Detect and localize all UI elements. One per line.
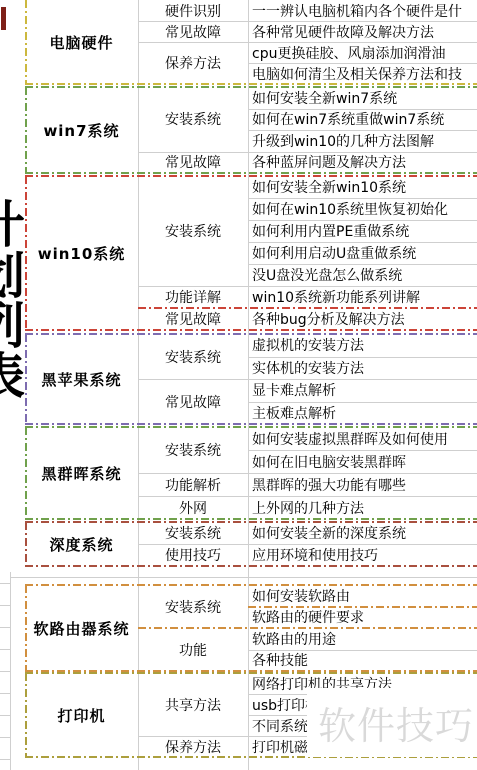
detail-cell[interactable]: 主板难点解析 bbox=[252, 402, 477, 425]
detail-cell[interactable]: 一一辨认电脑机箱内各个硬件是什 bbox=[252, 0, 477, 21]
detail-cell[interactable]: 应用环境和使用技巧 bbox=[252, 544, 477, 566]
category-cell[interactable]: 黑群晖系统 bbox=[25, 427, 138, 519]
category-cell[interactable]: 深度系统 bbox=[25, 522, 138, 566]
detail-cell[interactable]: 如何在win10系统里恢复初始化 bbox=[252, 198, 477, 220]
subcategory-cell[interactable]: 共享方法 bbox=[138, 673, 248, 736]
subcategory-cell[interactable]: 安装系统 bbox=[138, 176, 248, 286]
detail-cell[interactable]: 如何安装全新的深度系统 bbox=[252, 522, 477, 544]
category-cell[interactable]: 打印机 bbox=[25, 673, 138, 757]
subcategory-cell[interactable]: 常见故障 bbox=[138, 379, 248, 424]
detail-cell[interactable]: 显卡难点解析 bbox=[252, 379, 477, 402]
subcategory-cell[interactable]: 常见故障 bbox=[138, 21, 248, 42]
left-row-gridline bbox=[0, 693, 10, 694]
category-cell[interactable]: win7系统 bbox=[25, 87, 138, 173]
subcategory-cell[interactable]: 常见故障 bbox=[138, 152, 248, 174]
detail-cell[interactable]: 上外网的几种方法 bbox=[252, 496, 477, 519]
cutoff-red-character-fragment bbox=[1, 7, 6, 30]
detail-cell[interactable]: 各种bug分析及解决方法 bbox=[252, 308, 477, 330]
table-section: 深度系统如何安装全新的深度系统安装系统应用环境和使用技巧使用技巧 bbox=[25, 522, 477, 566]
detail-cell[interactable]: 如何利用内置PE重做系统 bbox=[252, 220, 477, 242]
subcategory-cell[interactable]: 功能 bbox=[138, 628, 248, 671]
detail-cell[interactable]: 如何在win7系统重做win7系统 bbox=[252, 109, 477, 131]
subcategory-cell[interactable]: 安装系统 bbox=[138, 427, 248, 473]
detail-cell[interactable]: cpu更换硅胶、风扇添加润滑油 bbox=[252, 42, 477, 63]
detail-cell[interactable]: 各种常见硬件故障及解决方法 bbox=[252, 21, 477, 42]
watermark: 软件技巧 bbox=[307, 688, 477, 757]
table-section: 软路由器系统如何安装软路由软路由的硬件要求安装系统软路由的用途各种技能功能 bbox=[25, 585, 477, 671]
detail-cell[interactable]: 软路由的用途 bbox=[252, 628, 477, 650]
left-row-gridline bbox=[0, 737, 10, 738]
subcategory-cell[interactable]: 保养方法 bbox=[138, 42, 248, 84]
table-section: win10系统如何安装全新win10系统如何在win10系统里恢复初始化如何利用… bbox=[25, 176, 477, 330]
left-row-gridline bbox=[0, 759, 10, 760]
subcategory-cell[interactable]: 安装系统 bbox=[138, 87, 248, 152]
subcategory-cell[interactable]: 功能解析 bbox=[138, 473, 248, 496]
left-row-gridline bbox=[0, 605, 10, 606]
detail-cell[interactable]: 实体机的安装方法 bbox=[252, 357, 477, 380]
detail-cell[interactable]: 如何安装全新win10系统 bbox=[252, 176, 477, 198]
detail-cell[interactable]: 升级到win10的几种方法图解 bbox=[252, 130, 477, 152]
subcategory-cell[interactable]: 外网 bbox=[138, 496, 248, 519]
left-row-gridline bbox=[0, 715, 10, 716]
watermark-text: 软件技巧 bbox=[307, 695, 474, 750]
detail-cell[interactable]: 各种蓝屏问题及解决方法 bbox=[252, 152, 477, 174]
category-cell[interactable]: 电脑硬件 bbox=[25, 0, 138, 84]
detail-cell[interactable]: 黑群晖的强大功能有哪些 bbox=[252, 473, 477, 496]
detail-cell[interactable]: 如何安装虚拟黑群晖及如何使用 bbox=[252, 427, 477, 450]
left-row-gridline bbox=[0, 671, 10, 672]
left-row-gridline bbox=[0, 627, 10, 628]
subcategory-cell[interactable]: 安装系统 bbox=[138, 334, 248, 379]
table-section: 黑群晖系统如何安装虚拟黑群晖及如何使用如何在旧电脑安装黑群晖安装系统黑群晖的强大… bbox=[25, 427, 477, 519]
detail-cell[interactable]: 如何在旧电脑安装黑群晖 bbox=[252, 450, 477, 473]
category-cell[interactable]: win10系统 bbox=[25, 176, 138, 330]
subcategory-cell[interactable]: 安装系统 bbox=[138, 585, 248, 628]
table-section: win7系统如何安装全新win7系统如何在win7系统重做win7系统升级到wi… bbox=[25, 87, 477, 173]
subcategory-cell[interactable]: 常见故障 bbox=[138, 308, 248, 330]
table-section: 黑苹果系统虚拟机的安装方法实体机的安装方法安装系统显卡难点解析主板难点解析常见故… bbox=[25, 334, 477, 424]
category-cell[interactable]: 软路由器系统 bbox=[25, 585, 138, 671]
detail-cell[interactable]: 如何安装全新win7系统 bbox=[252, 87, 477, 109]
detail-cell[interactable]: win10系统新功能系列讲解 bbox=[252, 286, 477, 308]
spreadsheet-view: 计划列表 电脑硬件一一辨认电脑机箱内各个硬件是什硬件识别各种常见硬件故障及解决方… bbox=[0, 0, 477, 770]
subcategory-cell[interactable]: 保养方法 bbox=[138, 736, 248, 757]
subcategory-cell[interactable]: 安装系统 bbox=[138, 522, 248, 544]
detail-cell[interactable]: 如何利用启动U盘重做系统 bbox=[252, 242, 477, 264]
detail-cell[interactable]: 软路由的硬件要求 bbox=[252, 607, 477, 629]
subcategory-cell[interactable]: 使用技巧 bbox=[138, 544, 248, 566]
subcategory-cell[interactable]: 功能详解 bbox=[138, 286, 248, 308]
detail-cell[interactable]: 各种技能 bbox=[252, 650, 477, 672]
table-section: 电脑硬件一一辨认电脑机箱内各个硬件是什硬件识别各种常见硬件故障及解决方法常见故障… bbox=[25, 0, 477, 84]
subcategory-cell[interactable]: 硬件识别 bbox=[138, 0, 248, 21]
detail-cell[interactable]: 电脑如何清尘及相关保养方法和技 bbox=[252, 63, 477, 84]
category-cell[interactable]: 黑苹果系统 bbox=[25, 334, 138, 424]
left-column-gridline bbox=[10, 572, 11, 770]
detail-cell[interactable]: 如何安装软路由 bbox=[252, 585, 477, 607]
left-row-gridline bbox=[0, 583, 10, 584]
spacer-row-gridline bbox=[10, 577, 477, 578]
detail-cell[interactable]: 虚拟机的安装方法 bbox=[252, 334, 477, 357]
detail-cell[interactable]: 没U盘没光盘怎么做系统 bbox=[252, 264, 477, 286]
left-row-gridline bbox=[0, 649, 10, 650]
